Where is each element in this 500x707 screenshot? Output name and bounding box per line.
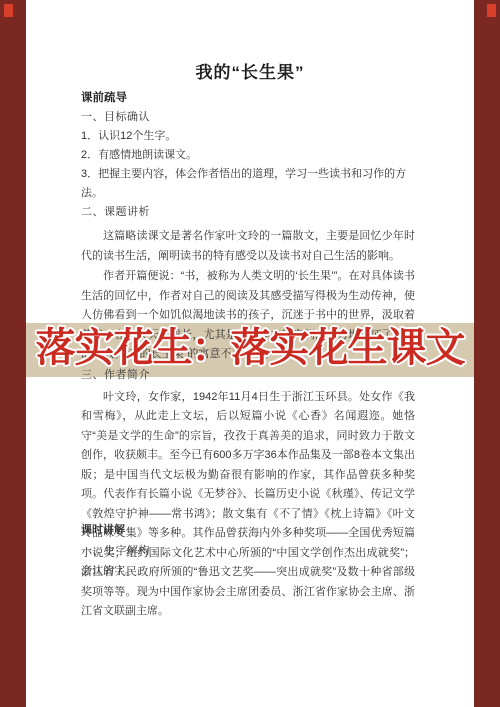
subhead-goal-confirmation: 一、目标确认 [81,108,415,127]
document-page: 我的“长生果” 课前疏导 一、目标确认 1．认识12个生字。 2．有感情地朗读课… [0,0,500,707]
watermark-text: 落实花生：落实花生课文 [0,328,500,368]
goal-item-3: 3．把握主要内容，体会作者悟出的道理，学习一些读书和习作的方法。 [81,165,415,203]
section-heading-preclass: 课前疏导 [81,89,415,108]
text-characters-to-know: 会认的字。 [81,562,415,581]
subhead-topic-analysis: 二、课题讲析 [81,203,415,222]
paragraph-author-bio: 叶文玲，女作家，1942年11月4日生于浙江玉环县。处女作《我和雪梅》，从此走上… [81,388,415,622]
page-title: 我的“长生果” [0,58,500,83]
paragraph-overview: 这篇略读课文是著名作家叶文玲的一篇散文，主要是回忆少年时代的读书生活，阐明读书的… [81,227,415,266]
section-heading-lesson: 课时讲解 [81,521,415,540]
left-bar-red-cap [4,4,13,17]
goal-item-2: 2．有感情地朗读课文。 [81,146,415,165]
subhead-character-study: 一、生字解构 [81,542,415,561]
goal-item-1: 1．认识12个生字。 [81,127,415,146]
right-bar-red-cap [487,4,496,17]
